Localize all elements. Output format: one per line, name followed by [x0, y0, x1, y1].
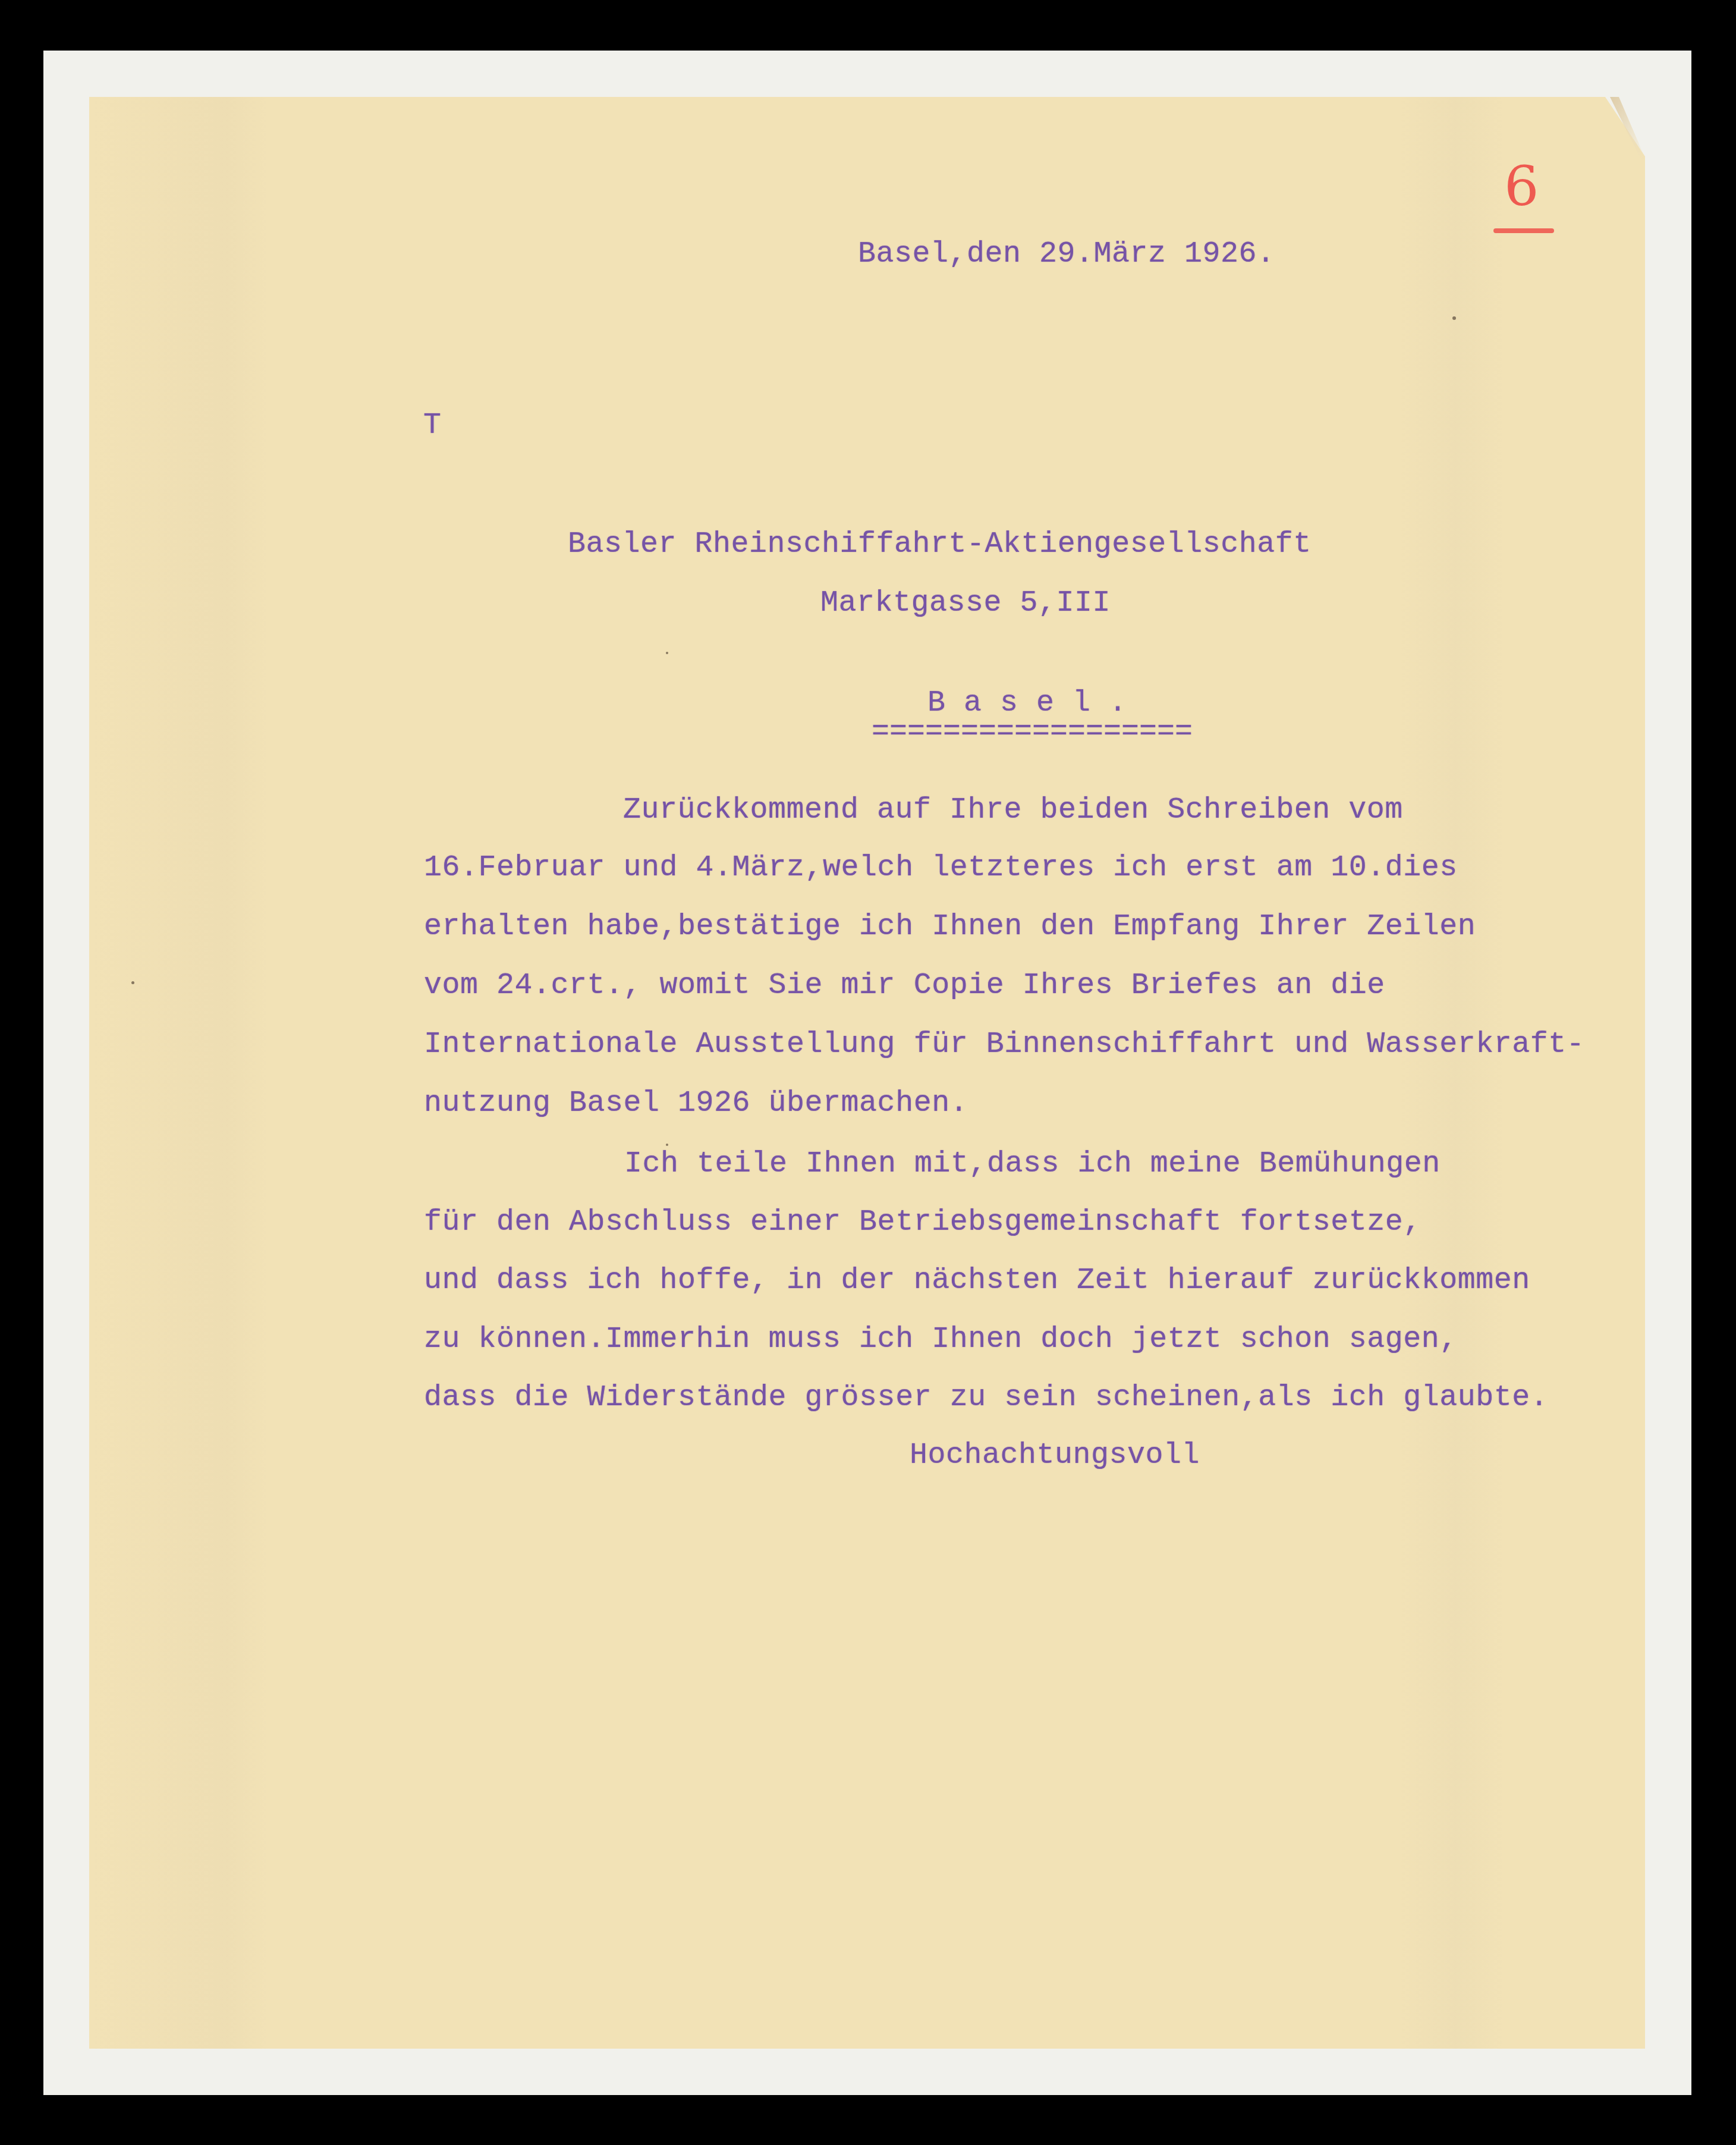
body-line: und dass ich hoffe, in der nächsten Zeit…	[424, 1266, 1530, 1296]
body-line: 16.Februar und 4.März,welch letzteres ic…	[424, 853, 1458, 883]
paper-speck	[1452, 316, 1456, 320]
date-line: Basel,den 29.März 1926.	[858, 240, 1275, 269]
body-line: nutzung Basel 1926 übermachen.	[424, 1089, 968, 1119]
body-line: für den Abschluss einer Betriebsgemeinsc…	[424, 1208, 1421, 1238]
page-number-annotation: 6	[1504, 159, 1539, 214]
paper-speck	[666, 652, 668, 654]
body-line: dass die Widerstände grösser zu sein sch…	[424, 1383, 1548, 1413]
page-number-underline	[1493, 228, 1554, 233]
body-line: erhalten habe,bestätige ich Ihnen den Em…	[424, 912, 1476, 942]
paper-speck	[131, 981, 134, 984]
body-line: Zurückkommend auf Ihre beiden Schreiben …	[623, 796, 1403, 825]
letter-paper	[89, 97, 1645, 2049]
paper-speck	[666, 1144, 668, 1146]
recipient-name: Basler Rheinschiffahrt-Aktiengesellschaf…	[568, 530, 1312, 560]
body-line: vom 24.crt., womit Sie mir Copie Ihres B…	[424, 971, 1385, 1001]
recipient-address: Marktgasse 5,III	[820, 589, 1111, 618]
margin-mark: T	[423, 411, 442, 441]
recipient-city: B a s e l .	[927, 689, 1127, 718]
closing: Hochachtungsvoll	[910, 1441, 1200, 1471]
body-line: Ich teile Ihnen mit,dass ich meine Bemüh…	[624, 1150, 1441, 1179]
recipient-city-underline: ==================	[872, 717, 1193, 747]
body-line: Internationale Ausstellung für Binnensch…	[424, 1030, 1584, 1060]
body-line: zu können.Immerhin muss ich Ihnen doch j…	[424, 1325, 1458, 1355]
